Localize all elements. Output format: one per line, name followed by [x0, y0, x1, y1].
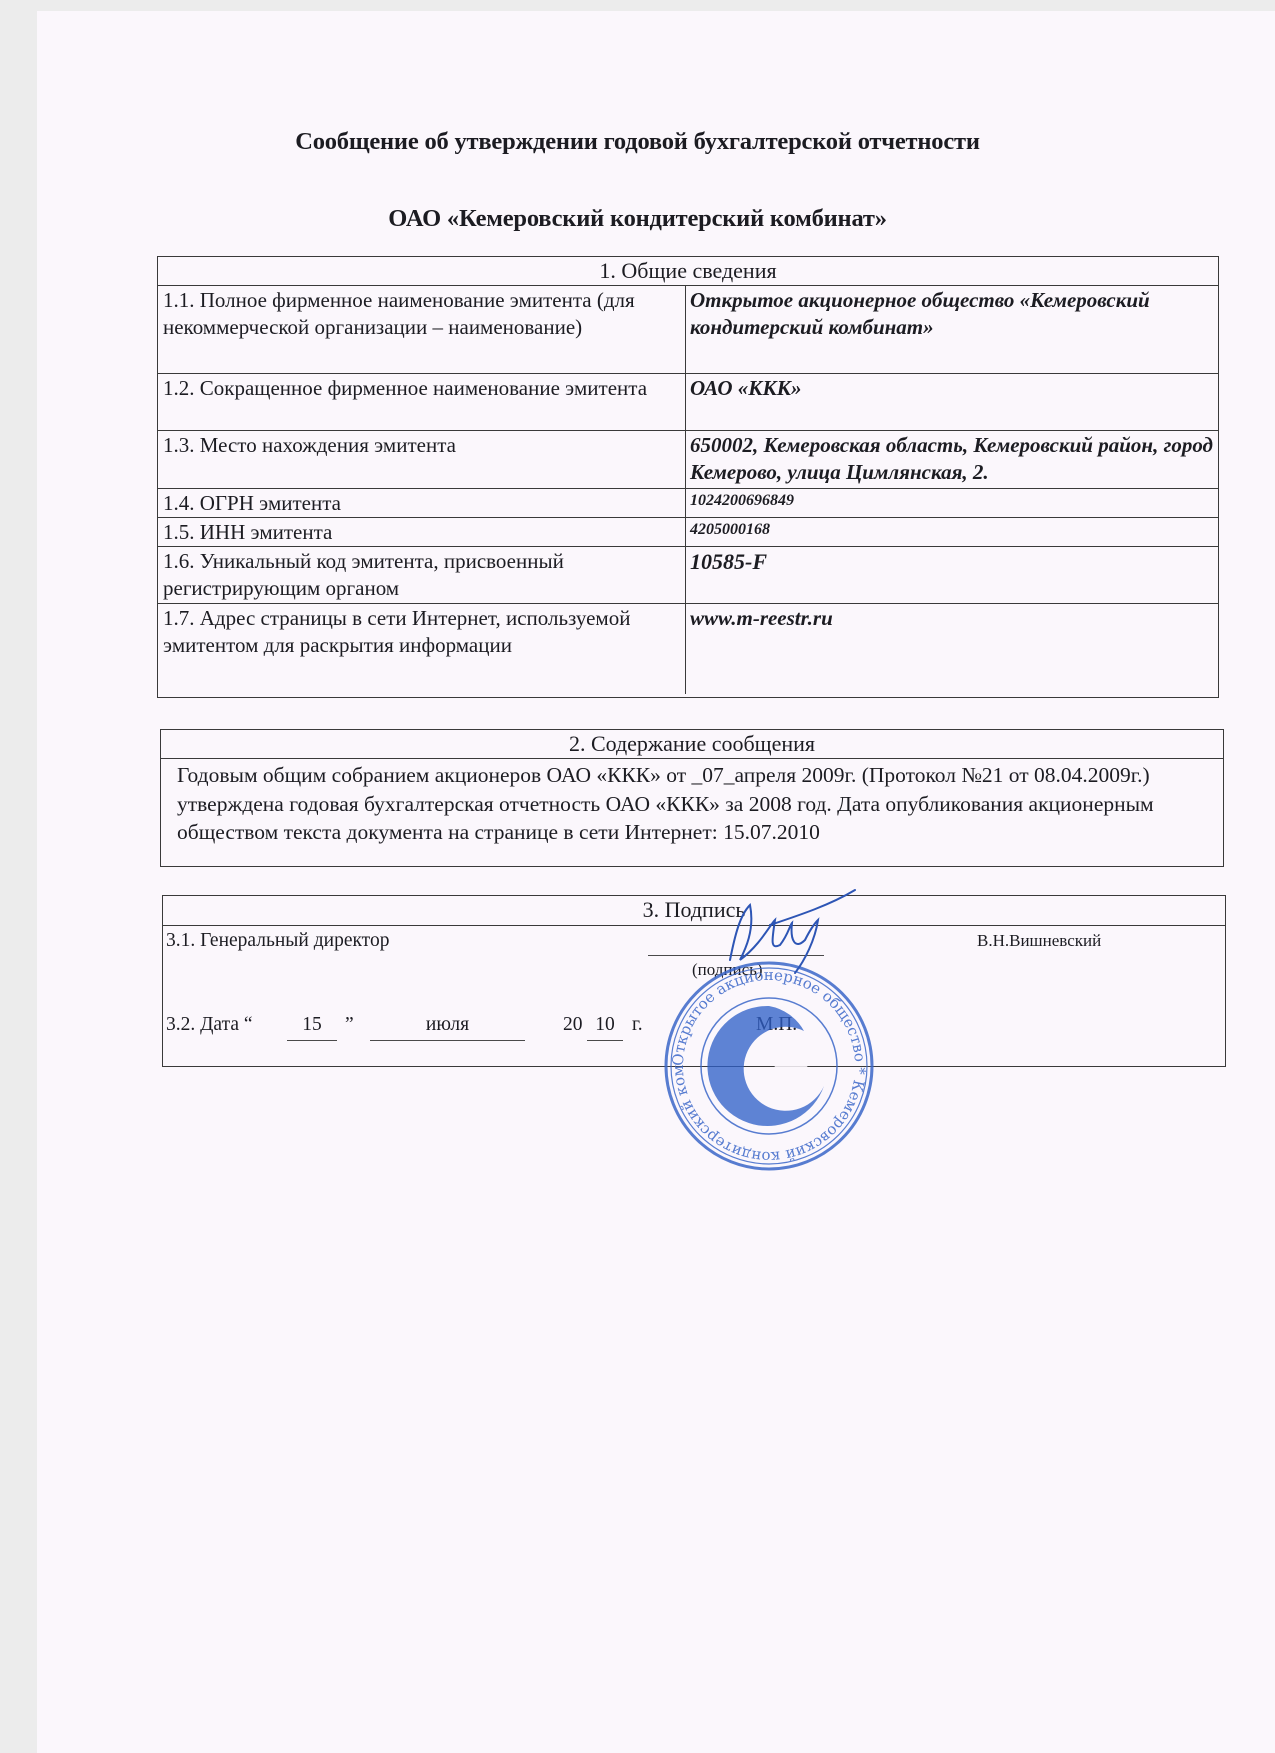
website-value: www.m-reestr.ru [686, 603, 1219, 694]
date-label: 3.2. Дата “ [166, 1014, 253, 1036]
full-name-label: 1.1. Полное фирменное наименование эмите… [158, 286, 686, 373]
date-month: июля [370, 1014, 525, 1036]
full-name-value: Открытое акционерное общество «Кемеровск… [686, 286, 1219, 373]
table-row: 1.4. ОГРН эмитента 1024200696849 [158, 488, 1218, 517]
table-row: 1.5. ИНН эмитента 4205000168 [158, 517, 1218, 546]
table-row: 1.2. Сокращенное фирменное наименование … [158, 373, 1218, 430]
date-year-suffix: 10 [587, 1014, 623, 1036]
location-label: 1.3. Место нахождения эмитента [158, 430, 686, 488]
company-seal-stamp: Открытое акционерное общество * Кемеровс… [663, 960, 875, 1172]
general-info-table: 1. Общие сведения 1.1. Полное фирменное … [157, 256, 1219, 698]
table-row: 1.7. Адрес страницы в сети Интернет, исп… [158, 603, 1218, 694]
ogrn-label: 1.4. ОГРН эмитента [158, 488, 686, 517]
inn-label: 1.5. ИНН эмитента [158, 517, 686, 546]
short-name-value: ОАО «ККК» [686, 373, 1219, 430]
signature-header: 3. Подпись [163, 896, 1225, 926]
date-day-line [287, 1040, 337, 1041]
handwritten-signature [710, 885, 860, 975]
issuer-code-label: 1.6. Уникальный код эмитента, присвоенны… [158, 546, 686, 603]
website-label: 1.7. Адрес страницы в сети Интернет, исп… [158, 603, 686, 694]
message-content-text: Годовым общим собранием акционеров ОАО «… [161, 759, 1223, 847]
date-year-line [587, 1040, 623, 1041]
message-content-header: 2. Содержание сообщения [161, 730, 1223, 759]
table-row: 1.6. Уникальный код эмитента, присвоенны… [158, 546, 1218, 603]
message-content-box: 2. Содержание сообщения Годовым общим со… [160, 729, 1224, 867]
ogrn-value: 1024200696849 [686, 488, 1219, 517]
general-info-header: 1. Общие сведения [158, 257, 1218, 286]
date-year-unit: г. [632, 1014, 643, 1036]
date-month-line [370, 1040, 525, 1041]
director-name: В.Н.Вишневский [977, 931, 1101, 951]
short-name-label: 1.2. Сокращенное фирменное наименование … [158, 373, 686, 430]
document-title: Сообщение об утверждении годовой бухгалт… [0, 128, 1275, 156]
date-day: 15 [287, 1014, 337, 1036]
location-value: 650002, Кемеровская область, Кемеровский… [686, 430, 1219, 488]
table-row: 1.3. Место нахождения эмитента 650002, К… [158, 430, 1218, 488]
date-year-prefix: 20 [563, 1014, 583, 1036]
date-quote-close: ” [345, 1014, 354, 1036]
company-heading: ОАО «Кемеровский кондитерский комбинат» [0, 205, 1275, 233]
director-label: 3.1. Генеральный директор [166, 930, 389, 952]
inn-value: 4205000168 [686, 517, 1219, 546]
table-row: 1.1. Полное фирменное наименование эмите… [158, 286, 1218, 373]
issuer-code-value: 10585-F [686, 546, 1219, 603]
